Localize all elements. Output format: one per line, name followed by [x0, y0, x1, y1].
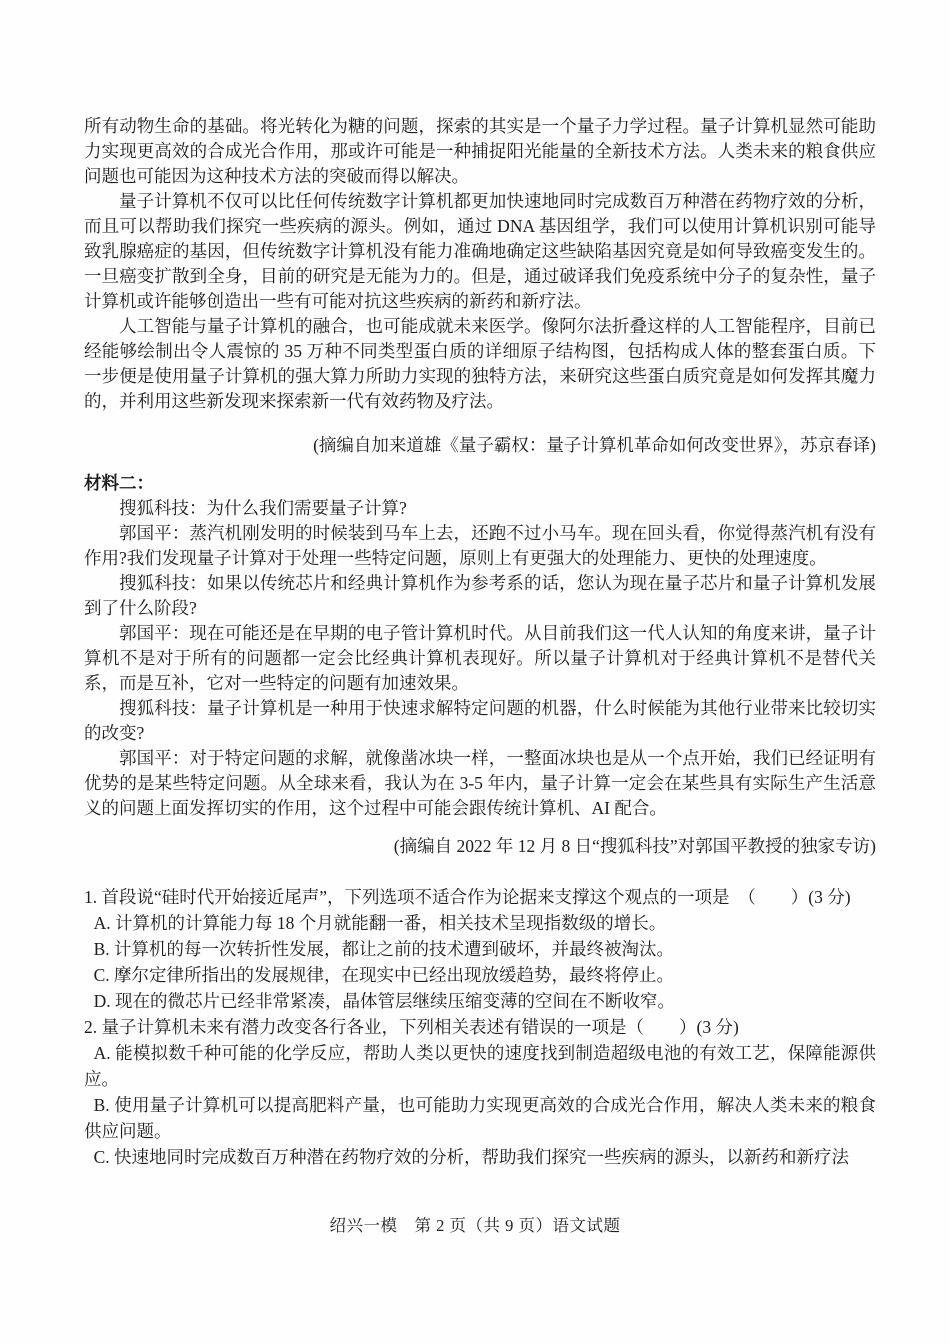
dialogue-line-2: 郭国平：蒸汽机刚发明的时候装到马车上去，还跑不过小马车。现在回头看，你觉得蒸汽机…: [84, 521, 876, 571]
material-one-paragraph-3: 人工智能与量子计算机的融合，也可能成就未来医学。像阿尔法折叠这样的人工智能程序，…: [84, 314, 876, 414]
question-1-option-c: C. 摩尔定律所指出的发展规律，在现实中已经出现放缓趋势，最终将停止。: [84, 962, 876, 988]
questions-section: 1. 首段说“硅时代开始接近尾声”，下列选项不适合作为论据来支撑这个观点的一项是…: [84, 884, 876, 1170]
material-one-paragraph-2: 量子计算机不仅可以比任何传统数字计算机都更加快速地同时完成数百万种潜在药物疗效的…: [84, 189, 876, 314]
dialogue-line-5: 搜狐科技：量子计算机是一种用于快速求解特定问题的机器，什么时候能为其他行业带来比…: [84, 696, 876, 746]
material-one-paragraph-1: 所有动物生命的基础。将光转化为糖的问题，探索的其实是一个量子力学过程。量子计算机…: [84, 114, 876, 189]
question-2-option-c: C. 快速地同时完成数百万种潜在药物疗效的分析，帮助我们探究一些疾病的源头，以新…: [84, 1144, 876, 1170]
question-2-stem: 2. 量子计算机未来有潜力改变各行各业，下列相关表述有错误的一项是（ ）(3 分…: [84, 1014, 876, 1040]
material-two-attribution: (摘编自 2022 年 12 月 8 日“搜狐科技”对郭国平教授的独家专访): [84, 834, 876, 859]
material-one-attribution: (摘编自加来道雄《量子霸权：量子计算机革命如何改变世界》，苏京春译): [84, 433, 876, 458]
material-two-section: 材料二： 搜狐科技：为什么我们需要量子计算? 郭国平：蒸汽机刚发明的时候装到马车…: [84, 471, 876, 859]
question-1-option-a: A. 计算机的计算能力每 18 个月就能翻一番，相关技术呈现指数级的增长。: [84, 910, 876, 936]
dialogue-line-1: 搜狐科技：为什么我们需要量子计算?: [84, 496, 876, 521]
question-2-option-b: B. 使用量子计算机可以提高肥料产量，也可能助力实现更高效的合成光合作用，解决人…: [84, 1092, 876, 1144]
page-content: 所有动物生命的基础。将光转化为糖的问题，探索的其实是一个量子力学过程。量子计算机…: [84, 114, 876, 1170]
material-two-heading: 材料二：: [84, 471, 876, 496]
dialogue-line-3: 搜狐科技：如果以传统芯片和经典计算机作为参考系的话，您认为现在量子芯片和量子计算…: [84, 571, 876, 621]
question-1-option-d: D. 现在的微芯片已经非常紧凑，晶体管层继续压缩变薄的空间在不断收窄。: [84, 988, 876, 1014]
dialogue-line-6: 郭国平：对于特定问题的求解，就像凿冰块一样，一整面冰块也是从一个点开始，我们已经…: [84, 746, 876, 821]
exam-page: 所有动物生命的基础。将光转化为糖的问题，探索的其实是一个量子力学过程。量子计算机…: [0, 0, 950, 1344]
question-1-option-b: B. 计算机的每一次转折性发展，都让之前的技术遭到破坏，并最终被淘汰。: [84, 936, 876, 962]
question-2-option-a: A. 能模拟数千种可能的化学反应，帮助人类以更快的速度找到制造超级电池的有效工艺…: [84, 1040, 876, 1092]
dialogue-line-4: 郭国平：现在可能还是在早期的电子管计算机时代。从目前我们这一代人认知的角度来讲，…: [84, 621, 876, 696]
page-footer: 绍兴一模 第 2 页（共 9 页）语文试题: [0, 1212, 950, 1236]
material-one-section: 所有动物生命的基础。将光转化为糖的问题，探索的其实是一个量子力学过程。量子计算机…: [84, 114, 876, 458]
question-1-stem: 1. 首段说“硅时代开始接近尾声”，下列选项不适合作为论据来支撑这个观点的一项是…: [84, 884, 876, 910]
